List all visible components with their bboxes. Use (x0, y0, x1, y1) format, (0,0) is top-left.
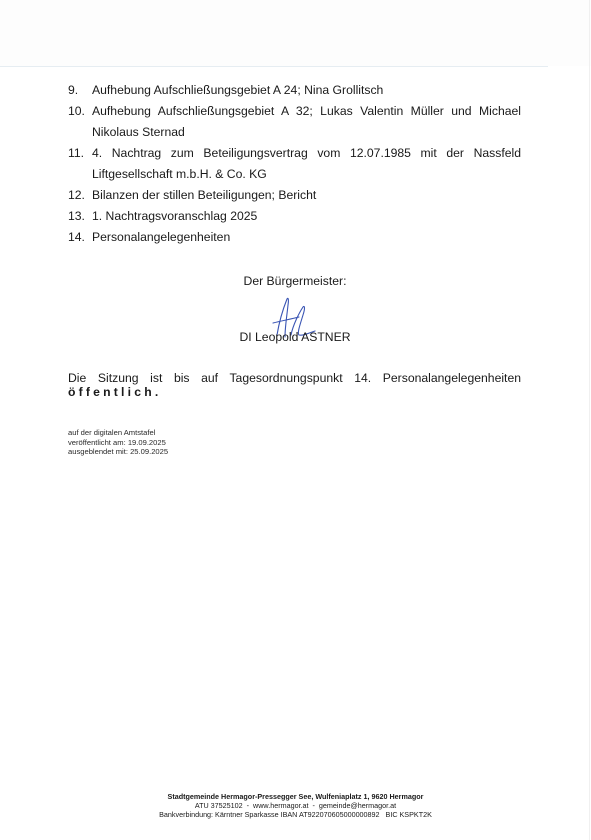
previous-page-bottom (0, 0, 591, 66)
agenda-item: 14. Personalangelegenheiten (68, 227, 521, 248)
signature-title: Der Bürgermeister: (190, 273, 400, 289)
agenda-item-text: Aufhebung Aufschließungsgebiet A 24; Nin… (92, 80, 521, 101)
footer-contact: ATU 37525102 - www.hermagor.at - gemeind… (100, 801, 491, 810)
published-label: veröffentlicht am: (68, 438, 126, 448)
hidden-date: 25.09.2025 (130, 447, 168, 456)
agenda-item-number: 11. (68, 143, 92, 185)
agenda-item-text: 1. Nachtragsvoranschlag 2025 (92, 206, 521, 227)
notice-emphasis-line: öffentlich. (68, 385, 521, 399)
agenda-item: 11. 4. Nachtrag zum Beteiligungsvertrag … (68, 143, 521, 185)
hidden-row: ausgeblendet mit: 25.09.2025 (68, 447, 168, 457)
agenda-item: 9. Aufhebung Aufschließungsgebiet A 24; … (68, 80, 521, 101)
letterhead-footer: Stadtgemeinde Hermagor-Pressegger See, W… (100, 792, 491, 819)
agenda-item-number: 13. (68, 206, 92, 227)
agenda-item: 13. 1. Nachtragsvoranschlag 2025 (68, 206, 521, 227)
agenda-item-number: 12. (68, 185, 92, 206)
agenda-item-text: Personalangelegenheiten (92, 227, 521, 248)
agenda-item: 10. Aufhebung Aufschließungsgebiet A 32;… (68, 101, 521, 143)
agenda-item-text: Aufhebung Aufschließungsgebiet A 32; Luk… (92, 101, 521, 143)
agenda-list: 9. Aufhebung Aufschließungsgebiet A 24; … (68, 80, 521, 248)
signatory-name: DI Leopold ASTNER (190, 329, 400, 345)
agenda-item-number: 14. (68, 227, 92, 248)
agenda-item-number: 9. (68, 80, 92, 101)
page-edge (589, 0, 590, 840)
footer-address: Stadtgemeinde Hermagor-Pressegger See, W… (100, 792, 491, 801)
agenda-item: 12. Bilanzen der stillen Beteiligungen; … (68, 185, 521, 206)
published-date: 19.09.2025 (128, 438, 166, 447)
agenda-item-text: 4. Nachtrag zum Beteiligungsvertrag vom … (92, 143, 521, 185)
publication-board: auf der digitalen Amtstafel (68, 428, 168, 438)
notice-emphasis-suffix: . (155, 385, 162, 399)
footer-bank: Bankverbindung: Kärntner Sparkasse IBAN … (100, 810, 491, 819)
page-separator (0, 66, 548, 67)
notice-emphasis: öffentlich (68, 385, 155, 399)
agenda-item-text: Bilanzen der stillen Beteiligungen; Beri… (92, 185, 521, 206)
published-row: veröffentlicht am: 19.09.2025 (68, 438, 168, 448)
signature-block: Der Bürgermeister: DI Leopold ASTNER (190, 273, 400, 289)
publication-info: auf der digitalen Amtstafel veröffentlic… (68, 428, 168, 457)
session-notice: Die Sitzung ist bis auf Tagesordnungspun… (68, 371, 521, 399)
hidden-label: ausgeblendet mit: (68, 447, 128, 457)
notice-text: Die Sitzung ist bis auf Tagesordnungspun… (68, 371, 521, 385)
agenda-item-number: 10. (68, 101, 92, 143)
